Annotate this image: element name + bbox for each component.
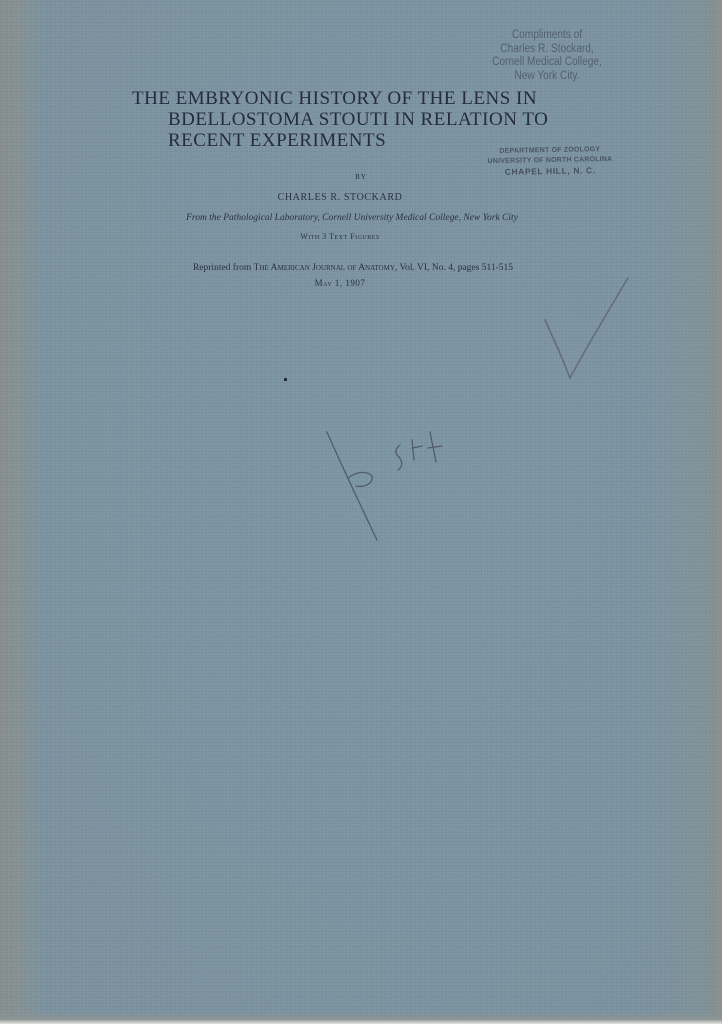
author-name: CHARLES R. STOCKARD — [240, 192, 440, 203]
compliments-stamp-line: Charles R. Stockard, — [472, 43, 622, 57]
pencil-checkmark-icon — [545, 278, 628, 378]
compliments-stamp-line: Compliments of — [472, 29, 622, 43]
compliments-stamp-line: Cornell Medical College, — [472, 56, 622, 70]
pencil-page-note-icon — [327, 432, 442, 540]
paper-edge — [0, 1012, 722, 1024]
document-title: THE EMBRYONIC HISTORY OF THE LENS IN BDE… — [132, 88, 602, 151]
by-label: BY — [0, 173, 722, 181]
publication-date: May 1, 1907 — [240, 278, 440, 288]
author-affiliation: From the Pathological Laboratory, Cornel… — [122, 213, 582, 223]
document-page: Compliments of Charles R. Stockard, Corn… — [0, 0, 722, 1024]
title-line: THE EMBRYONIC HISTORY OF THE LENS IN — [132, 88, 602, 109]
journal-name: The American Journal of Anatomy — [254, 263, 395, 273]
reprint-volume-pages: , Vol. VI, No. 4, pages 511-515 — [395, 263, 513, 273]
reprint-prefix: Reprinted from — [193, 263, 254, 273]
ink-speck — [284, 378, 287, 381]
title-line: BDELLOSTOMA STOUTI IN RELATION TO — [132, 109, 602, 130]
paper-edge — [714, 0, 722, 1024]
compliments-stamp: Compliments of Charles R. Stockard, Corn… — [472, 29, 622, 83]
figures-note: With 3 Text Figures — [240, 232, 440, 241]
reprint-citation: Reprinted from The American Journal of A… — [118, 263, 588, 273]
compliments-stamp-line: New York City. — [472, 70, 622, 84]
